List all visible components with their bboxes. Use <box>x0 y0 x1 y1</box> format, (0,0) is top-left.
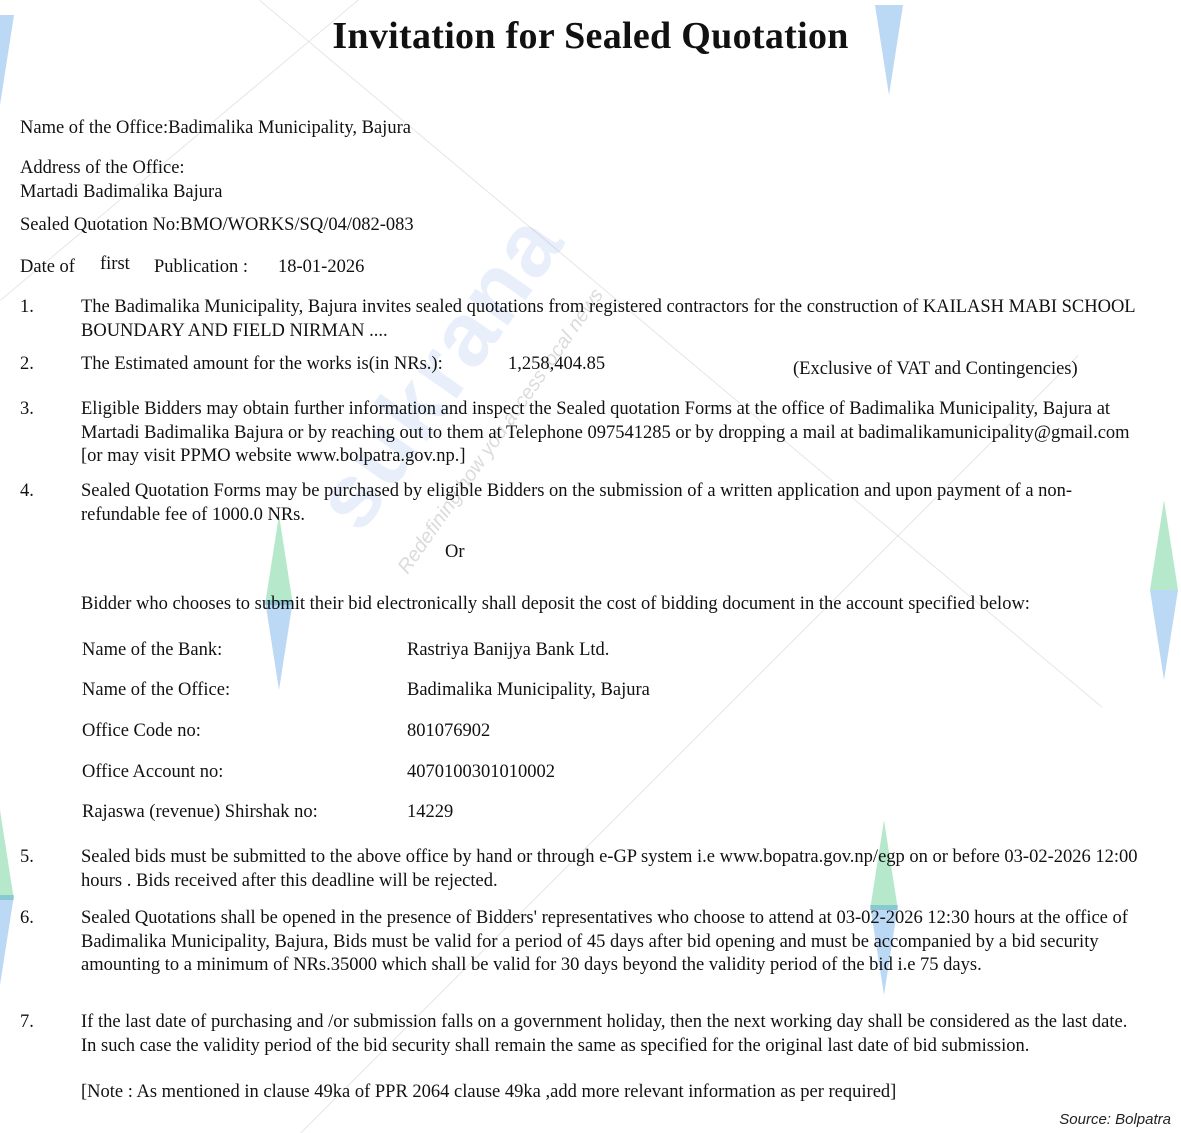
account-no-value: 4070100301010002 <box>407 761 555 784</box>
account-no-label: Office Account no: <box>82 761 223 784</box>
clause-number: 7. <box>20 1012 34 1033</box>
source-credit: Source: Bolpatra <box>1059 1111 1171 1128</box>
date-first: first <box>100 253 130 276</box>
clause-7-text: If the last date of purchasing and /or s… <box>81 1011 1141 1058</box>
bank-name-value: Rastriya Banijya Bank Ltd. <box>407 639 609 662</box>
document-title: Invitation for Sealed Quotation <box>0 14 1181 58</box>
or-separator: Or <box>445 541 465 564</box>
clause-number: 2. <box>20 354 34 375</box>
watermark-arrow-icon <box>265 515 293 605</box>
revenue-shirshak-label: Rajaswa (revenue) Shirshak no: <box>82 801 318 824</box>
office-code-label: Office Code no: <box>82 720 201 743</box>
publication-date: 18-01-2026 <box>278 256 364 279</box>
watermark-arrow-icon <box>0 895 14 985</box>
office-name-label: Name of the Office: <box>82 679 230 702</box>
clause-7-note: [Note : As mentioned in clause 49ka of P… <box>81 1081 896 1104</box>
clause-5-text: Sealed bids must be submitted to the abo… <box>81 846 1141 893</box>
watermark-arrow-icon <box>1150 590 1178 680</box>
clause-1-text: The Badimalika Municipality, Bajura invi… <box>81 296 1151 343</box>
clause-2-text: The Estimated amount for the works is(in… <box>81 353 443 376</box>
date-prefix: Date of <box>20 256 75 279</box>
revenue-shirshak-value: 14229 <box>407 801 453 824</box>
office-name: Name of the Office:Badimalika Municipali… <box>20 117 411 140</box>
clause-4-text: Sealed Quotation Forms may be purchased … <box>81 480 1141 527</box>
clause-6-text: Sealed Quotations shall be opened in the… <box>81 907 1141 978</box>
bank-name-label: Name of the Bank: <box>82 639 222 662</box>
clause-3-text: Eligible Bidders may obtain further info… <box>81 398 1146 469</box>
clause-number: 4. <box>20 481 34 502</box>
clause-number: 5. <box>20 847 34 868</box>
amount-note: (Exclusive of VAT and Contingencies) <box>793 358 1078 381</box>
quotation-number: Sealed Quotation No:BMO/WORKS/SQ/04/082-… <box>20 214 414 237</box>
clause-number: 6. <box>20 908 34 929</box>
clause-number: 3. <box>20 399 34 420</box>
watermark-arrow-icon <box>1150 500 1178 590</box>
office-name-value: Badimalika Municipality, Bajura <box>407 679 650 702</box>
address-label: Address of the Office: <box>20 157 185 180</box>
date-label: Publication : <box>154 256 248 279</box>
electronic-submission-text: Bidder who chooses to submit their bid e… <box>81 593 1030 616</box>
watermark-arrow-icon <box>0 810 14 900</box>
estimated-amount: 1,258,404.85 <box>508 353 605 376</box>
office-code-value: 801076902 <box>407 720 490 743</box>
address-value: Martadi Badimalika Bajura <box>20 181 222 204</box>
clause-number: 1. <box>20 297 34 318</box>
